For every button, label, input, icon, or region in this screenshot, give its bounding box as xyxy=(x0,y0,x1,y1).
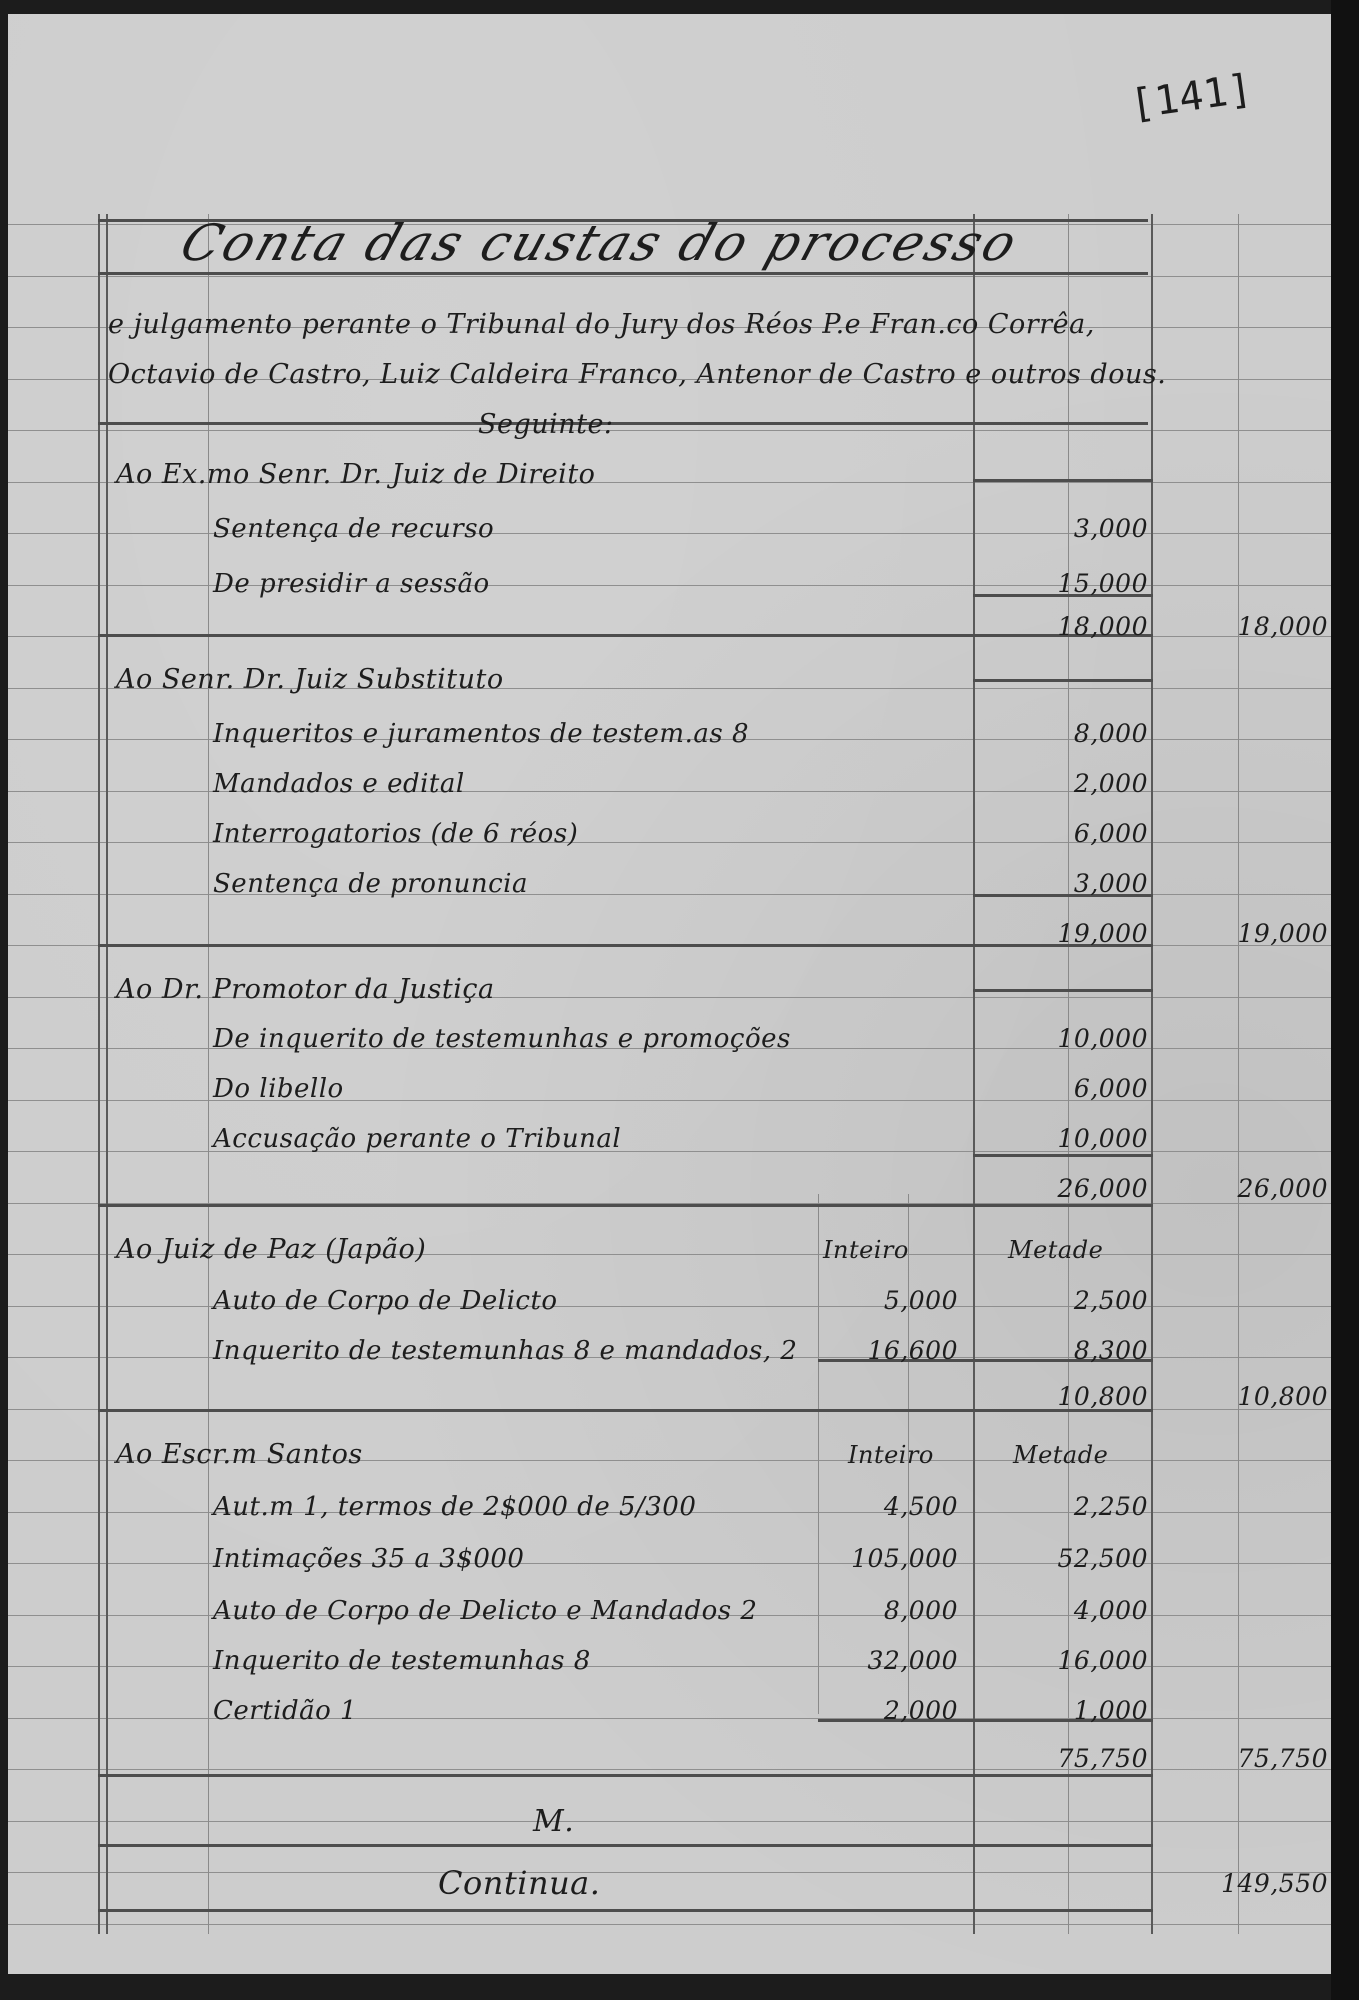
section-heading: Ao Juiz de Paz (Japão) xyxy=(116,1234,426,1265)
column-header-metade: Metade xyxy=(1013,1441,1108,1469)
inteiro-column-line xyxy=(818,1194,819,1714)
item-label: Intimações 35 a 3$000 xyxy=(213,1544,524,1574)
item-label: Auto de Corpo de Delicto e Mandados 2 xyxy=(213,1596,757,1626)
item-label: Accusação perante o Tribunal xyxy=(213,1124,621,1154)
section-heading: Ao Ex.mo Senr. Dr. Juiz de Direito xyxy=(116,459,595,490)
section-heading: Ao Dr. Promotor da Justiça xyxy=(116,974,495,1005)
item-inteiro: 2,000 xyxy=(808,1696,958,1725)
item-value: 3,000 xyxy=(998,514,1148,543)
document-title: Conta das custas do processo xyxy=(174,214,1027,272)
section-heading: Ao Escr.m Santos xyxy=(116,1439,363,1470)
section-subtotal: 18,000 xyxy=(998,612,1148,641)
left-margin-line xyxy=(98,214,100,1934)
total-column-line xyxy=(1151,214,1153,1934)
item-inteiro: 4,500 xyxy=(808,1492,958,1521)
column-header-metade: Metade xyxy=(1008,1236,1103,1264)
total-divider xyxy=(1238,214,1239,1934)
item-label: Auto de Corpo de Delicto xyxy=(213,1286,558,1316)
item-metade: 4,000 xyxy=(998,1596,1148,1625)
amount-column-line xyxy=(973,214,975,1934)
item-label: Mandados e edital xyxy=(213,769,465,799)
item-value: 2,000 xyxy=(998,769,1148,798)
item-label: Sentença de pronuncia xyxy=(213,869,528,899)
item-label: Sentença de recurso xyxy=(213,514,494,544)
item-label: De presidir a sessão xyxy=(213,569,490,599)
section-subtotal: 10,800 xyxy=(998,1382,1148,1411)
carried-total: 26,000 xyxy=(1178,1174,1328,1203)
carried-total: 18,000 xyxy=(1178,612,1328,641)
page-number: [141] xyxy=(1127,66,1255,129)
item-metade: 52,500 xyxy=(998,1544,1148,1573)
item-label: Inquerito de testemunhas 8 e mandados, 2 xyxy=(213,1336,797,1366)
item-value: 10,000 xyxy=(998,1024,1148,1053)
section-subtotal: 75,750 xyxy=(998,1744,1148,1773)
ruled-line xyxy=(8,1821,1348,1822)
continua-label: Continua. xyxy=(438,1864,600,1902)
carried-total: 75,750 xyxy=(1178,1744,1328,1773)
item-label: Inqueritos e juramentos de testem.as 8 xyxy=(213,719,749,749)
item-metade: 8,300 xyxy=(998,1336,1148,1365)
item-inteiro: 5,000 xyxy=(808,1286,958,1315)
item-label: Inquerito de testemunhas 8 xyxy=(213,1646,591,1676)
seguinte-label: Seguinte: xyxy=(478,409,614,440)
item-inteiro: 105,000 xyxy=(808,1544,958,1573)
scan-edge xyxy=(1331,0,1359,2000)
column-header-inteiro: Inteiro xyxy=(823,1236,909,1264)
ruled-line xyxy=(8,1872,1348,1873)
carried-total: 10,800 xyxy=(1178,1382,1328,1411)
item-label: Certidão 1 xyxy=(213,1696,357,1726)
rubric-signature: M. xyxy=(533,1804,574,1839)
ledger-page: [141] Conta das custas do processo e jul… xyxy=(8,14,1348,1974)
ruled-line xyxy=(8,430,1348,431)
section-heading: Ao Senr. Dr. Juiz Substituto xyxy=(116,664,504,695)
ruled-line xyxy=(8,1924,1348,1925)
item-metade: 2,250 xyxy=(998,1492,1148,1521)
item-label: Aut.m 1, termos de 2$000 de 5/300 xyxy=(213,1492,696,1522)
carried-total: 19,000 xyxy=(1178,919,1328,948)
item-metade: 2,500 xyxy=(998,1286,1148,1315)
grand-total: 149,550 xyxy=(1178,1869,1328,1898)
item-metade: 1,000 xyxy=(998,1696,1148,1725)
item-inteiro: 8,000 xyxy=(808,1596,958,1625)
item-inteiro: 16,600 xyxy=(808,1336,958,1365)
section-subtotal: 19,000 xyxy=(998,919,1148,948)
item-value: 10,000 xyxy=(998,1124,1148,1153)
intro-line-1: e julgamento perante o Tribunal do Jury … xyxy=(108,309,1095,340)
item-value: 3,000 xyxy=(998,869,1148,898)
item-label: Interrogatorios (de 6 réos) xyxy=(213,819,578,849)
item-value: 8,000 xyxy=(998,719,1148,748)
item-metade: 16,000 xyxy=(998,1646,1148,1675)
ruled-line xyxy=(8,276,1348,277)
item-inteiro: 32,000 xyxy=(808,1646,958,1675)
item-value: 15,000 xyxy=(998,569,1148,598)
left-margin-line-2 xyxy=(106,214,108,1934)
intro-line-2: Octavio de Castro, Luiz Caldeira Franco,… xyxy=(108,359,1166,390)
item-label: Do libello xyxy=(213,1074,344,1104)
column-header-inteiro: Inteiro xyxy=(848,1441,934,1469)
item-label: De inquerito de testemunhas e promoções xyxy=(213,1024,791,1054)
section-subtotal: 26,000 xyxy=(998,1174,1148,1203)
item-value: 6,000 xyxy=(998,819,1148,848)
item-value: 6,000 xyxy=(998,1074,1148,1103)
